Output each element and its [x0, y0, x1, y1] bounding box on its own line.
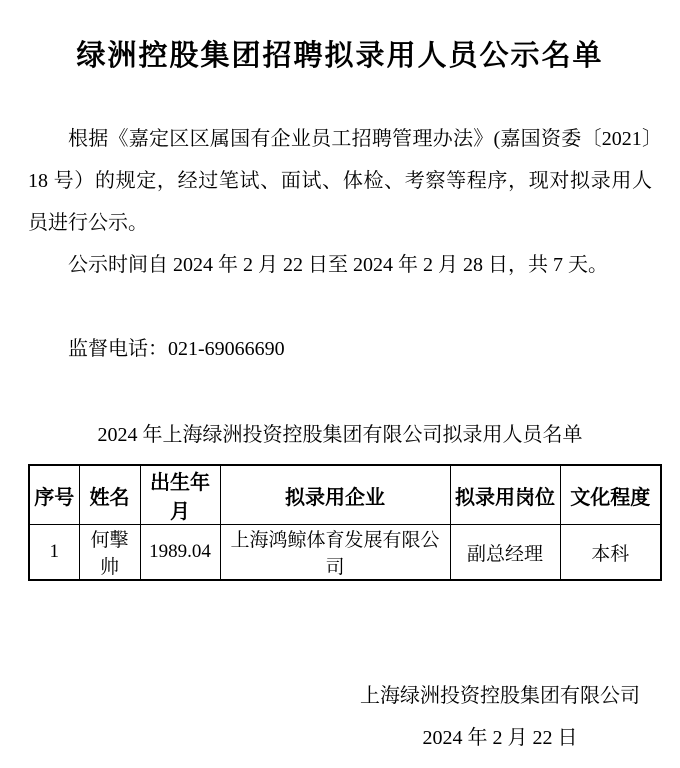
header-education: 文化程度 — [560, 465, 661, 525]
roster-data-row: 1 何擊帅 1989.04 上海鸿鲸体育发展有限公司 副总经理 本科 — [29, 525, 661, 581]
cell-birth: 1989.04 — [140, 525, 220, 581]
cell-name: 何擊帅 — [79, 525, 140, 581]
paragraph-publicity-period: 公示时间自 2024 年 2 月 22 日至 2024 年 2 月 28 日，共… — [28, 244, 652, 286]
cell-company: 上海鸿鲸体育发展有限公司 — [220, 525, 450, 581]
signature-company: 上海绿洲投资控股集团有限公司 — [360, 675, 640, 717]
roster-header-row: 序号 姓名 出生年月 拟录用企业 拟录用岗位 文化程度 — [29, 465, 661, 525]
header-serial: 序号 — [29, 465, 79, 525]
cell-education: 本科 — [560, 525, 661, 581]
header-company: 拟录用企业 — [220, 465, 450, 525]
cell-serial: 1 — [29, 525, 79, 581]
page-title: 绿洲控股集团招聘拟录用人员公示名单 — [28, 36, 652, 76]
header-position: 拟录用岗位 — [450, 465, 560, 525]
paragraph-supervision-phone: 监督电话：021-69066690 — [28, 328, 652, 370]
paragraph-recruitment-basis: 根据《嘉定区区属国有企业员工招聘管理办法》(嘉国资委〔2021〕18 号）的规定… — [28, 118, 652, 244]
announcement-page: 绿洲控股集团招聘拟录用人员公示名单 根据《嘉定区区属国有企业员工招聘管理办法》(… — [0, 0, 680, 768]
signature-date: 2024 年 2 月 22 日 — [360, 717, 640, 759]
cell-position: 副总经理 — [450, 525, 560, 581]
roster-table: 序号 姓名 出生年月 拟录用企业 拟录用岗位 文化程度 1 何擊帅 1989.0… — [28, 464, 662, 581]
header-name: 姓名 — [79, 465, 140, 525]
signature-block: 上海绿洲投资控股集团有限公司 2024 年 2 月 22 日 — [28, 675, 652, 759]
header-birth: 出生年月 — [140, 465, 220, 525]
roster-table-caption: 2024 年上海绿洲投资控股集团有限公司拟录用人员名单 — [28, 420, 652, 450]
